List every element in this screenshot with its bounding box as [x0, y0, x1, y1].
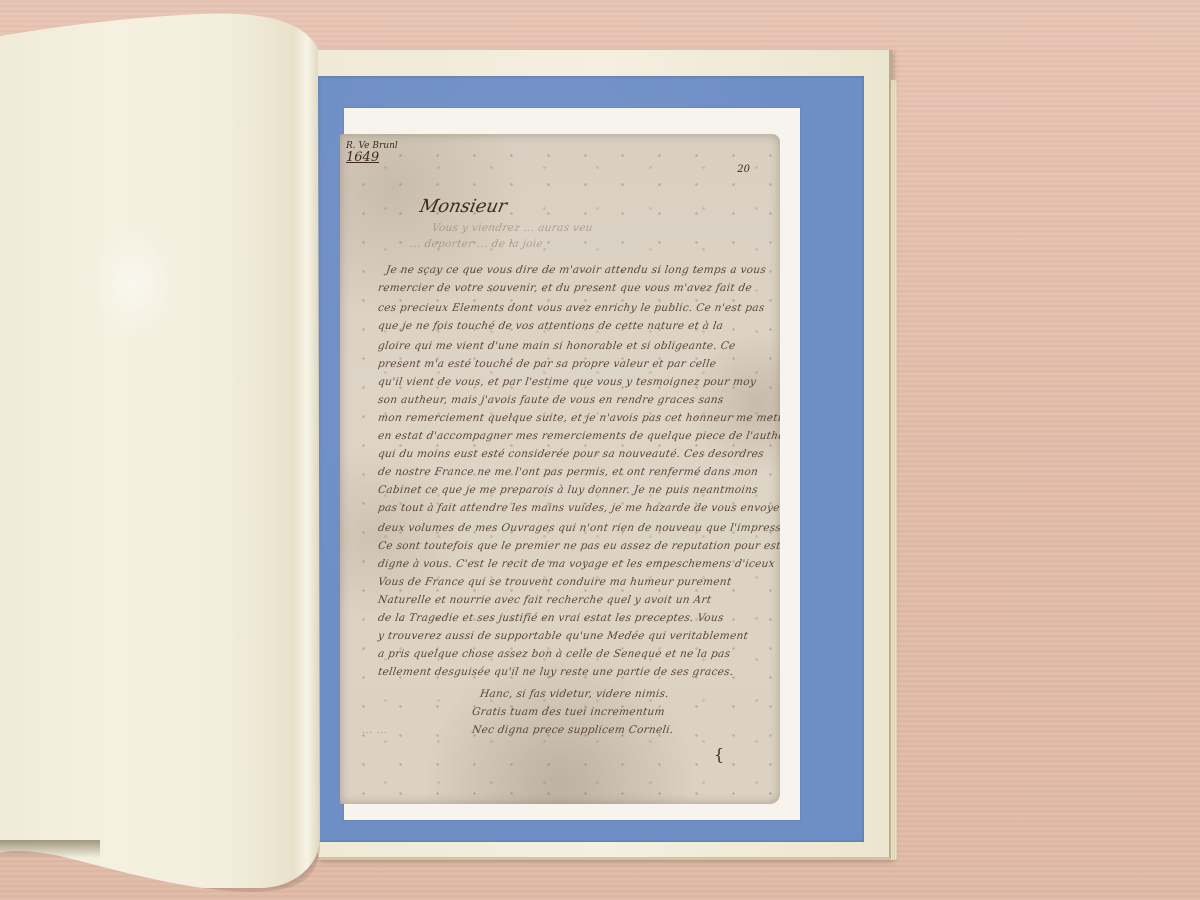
brace-mark: { [714, 745, 724, 764]
body-line: Je ne sçay ce que vous dire de m'avoir a… [385, 264, 767, 276]
body-line: digne à vous. C'est le recit de ma voyag… [377, 558, 776, 570]
letter-salutation: Monsieur [418, 196, 509, 217]
handwritten-letter-facsimile: R. Ve Brunl 1649 20 Monsieur Vous y vien… [340, 134, 780, 804]
closing-line: Gratis tuam des tuei incrementum [471, 706, 665, 718]
body-line: son autheur, mais j'avois faute de vous … [377, 394, 724, 406]
folio-number: 20 [737, 164, 750, 175]
body-line: de la Tragedie et ses justifié en vrai e… [377, 612, 724, 624]
body-line: pas tout à fait attendre les mains vuide… [377, 502, 780, 514]
photo-scene: R. Ve Brunl 1649 20 Monsieur Vous y vien… [0, 0, 1200, 900]
page-highlight [90, 228, 180, 338]
body-line: a pris quelque chose assez bon à celle d… [377, 648, 731, 660]
body-line: Naturelle et nourrie avec fait recherche… [377, 594, 712, 606]
body-line: tellement desguisée qu'il ne luy reste u… [377, 666, 734, 678]
body-line: ces precieux Elements dont vous avez enr… [377, 302, 765, 314]
body-line: qu'il vient de vous, et par l'estime que… [377, 376, 757, 388]
body-line: present m'a esté touché de par sa propre… [377, 358, 717, 370]
closing-line: Nec digna prece supplicem Corneli. [471, 724, 674, 736]
body-line: en estat d'accompagner mes remerciements… [377, 430, 780, 442]
page-shadow [0, 840, 100, 858]
faint-line: ... deporter ... de la joie [409, 238, 544, 250]
page-edge-stack [891, 80, 897, 860]
body-line: Vous de France qui se trouvent conduire … [377, 576, 732, 588]
body-line: gloire qui me vient d'une main si honora… [377, 340, 736, 352]
left-book-page-curl [0, 8, 320, 888]
body-line: Ce sont toutefois que le premier ne pas … [377, 540, 780, 552]
letter-year: 1649 [346, 152, 398, 164]
body-line: qui du moins eust esté considerée pour s… [377, 448, 765, 460]
body-line: remercier de votre souvenir, et du prese… [377, 282, 753, 294]
margin-note: ... ... [361, 724, 388, 736]
body-line: y trouverez aussi de supportable qu'une … [377, 630, 749, 642]
body-line: que je ne fois touché de vos attentions … [377, 320, 724, 332]
closing-line: Hanc, si fas videtur, videre nimis. [479, 688, 670, 700]
body-line: mon remerciement quelque suite, et je n'… [377, 412, 780, 424]
body-line: Cabinet ce que je me preparois à luy don… [377, 484, 758, 496]
body-line: de nostre France ne me l'ont pas permis,… [377, 466, 759, 478]
body-line: deux volumes de mes Ouvrages qui n'ont r… [377, 522, 780, 534]
faint-line: Vous y viendrez ... auras veu [431, 222, 593, 234]
corner-annotation: R. Ve Brunl 1649 [346, 140, 398, 164]
